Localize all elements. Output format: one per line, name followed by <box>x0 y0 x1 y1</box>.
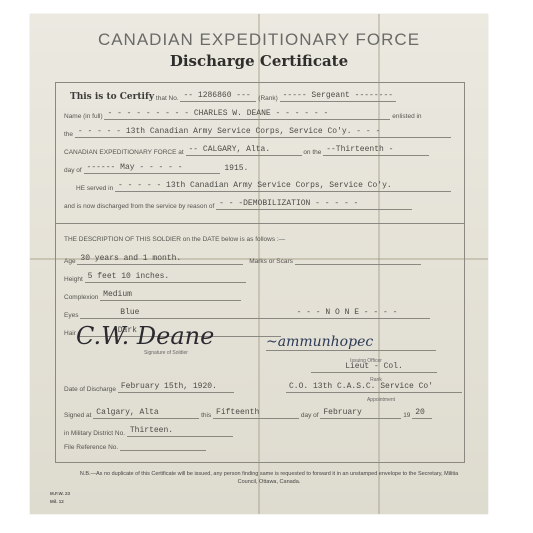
marks-label: Marks or Scars <box>249 258 293 265</box>
description-heading: THE DESCRIPTION OF THIS SOLDIER on the D… <box>64 236 464 250</box>
name-line: Name (in full) - - - - - - - - - CHARLES… <box>64 109 464 123</box>
complexion-value: Medium <box>100 290 241 301</box>
officer-signature: ~ammunhopec <box>266 334 436 351</box>
marks-none-line: - - - N O N E - - - - <box>264 308 464 322</box>
complexion-line: Complexion Medium <box>64 290 464 304</box>
signed-day: Fifteenth <box>213 408 299 419</box>
number-label: that No. <box>156 95 179 102</box>
on-the-label: on the <box>303 149 321 156</box>
served-label: HE served in <box>76 185 113 192</box>
discharge-date: February 15th, 1920. <box>118 382 234 393</box>
enlisted-in-label: enlisted in <box>392 113 421 120</box>
served-line: HE served in - - - - - 13th Canadian Arm… <box>76 181 464 195</box>
unit-line: the - - - - - 13th Canadian Army Service… <box>64 127 464 141</box>
regimental-number: -- 1286860 --- <box>180 91 256 102</box>
marks-value: - - - N O N E - - - - <box>264 308 430 319</box>
organization-title: CANADIAN EXPEDITIONARY FORCE <box>30 30 488 50</box>
appointment-line: C.O. 13th C.A.S.C. Service Co' <box>286 382 464 396</box>
file-reference-value <box>120 450 206 451</box>
complexion-label: Complexion <box>64 294 98 301</box>
cef-at-label: CANADIAN EXPEDITIONARY FORCE at <box>64 149 184 156</box>
eyes-value: Blue <box>80 308 283 319</box>
this-label: this <box>201 412 211 419</box>
enlisted-date-line: day of ------ May - - - - - 1915. <box>64 163 464 177</box>
file-reference-label: File Reference No. <box>64 444 118 451</box>
signed-at-label: Signed at <box>64 412 91 419</box>
age-value: 30 years and 1 month. <box>77 254 243 265</box>
height-line: Height 5 feet 10 inches. <box>64 272 464 286</box>
officer-appointment: C.O. 13th C.A.S.C. Service Co' <box>286 382 462 393</box>
name-label: Name (in full) <box>64 113 103 120</box>
signed-year: 20 <box>412 408 432 419</box>
the-label: the <box>64 131 73 138</box>
rank-label: (Rank) <box>258 95 278 102</box>
age-line: Age 30 years and 1 month. Marks or Scars <box>64 254 464 268</box>
description-section: THE DESCRIPTION OF THIS SOLDIER on the D… <box>55 222 465 463</box>
soldier-signature-caption: Signature of Soldier <box>126 350 206 356</box>
hair-label: Hair <box>64 330 76 337</box>
age-label: Age <box>64 258 76 265</box>
day-of-label: day of <box>64 167 82 174</box>
height-label: Height <box>64 276 83 283</box>
signed-at-place: Calgary, Alta <box>93 408 199 419</box>
soldier-name: - - - - - - - - - CHARLES W. DEANE - - -… <box>104 109 390 120</box>
enlisted-unit: - - - - - 13th Canadian Army Service Cor… <box>75 127 451 138</box>
officer-rank: Lieut - Col. <box>311 362 437 373</box>
enlisted-day: --Thirteenth - <box>323 145 429 156</box>
footer-note: N.B.—As no duplicate of this Certificate… <box>70 470 468 486</box>
discharge-date-label: Date of Discharge <box>64 386 116 393</box>
year-prefix: 19 <box>403 412 410 419</box>
discharge-reason-line: and is now discharged from the service b… <box>64 199 464 213</box>
form-code: M.F.W. 23 <box>50 491 70 496</box>
rank-value: ----- Sergeant -------- <box>280 91 396 102</box>
form-code-secondary: Mil. 12 <box>50 499 64 504</box>
document-title: Discharge Certificate <box>30 52 488 70</box>
discharge-reason: - - -DEMOBILIZATION - - - - - <box>216 199 412 210</box>
soldier-signature: C.W. Deane <box>76 322 214 350</box>
certification-section: This is to Certify that No. -- 1286860 -… <box>55 82 465 224</box>
enlisted-place-line: CANADIAN EXPEDITIONARY FORCE at -- CALGA… <box>64 145 464 159</box>
certify-intro: This is to Certify <box>70 92 154 102</box>
file-reference-line: File Reference No. <box>64 444 464 458</box>
enlisted-year: 1915. <box>221 164 257 174</box>
district-label: in Military District No. <box>64 430 125 437</box>
military-district: Thirteen. <box>127 426 233 437</box>
discharge-certificate: CANADIAN EXPEDITIONARY FORCE Discharge C… <box>30 14 488 514</box>
height-value: 5 feet 10 inches. <box>85 272 246 283</box>
enlisted-month: ------ May - - - - - <box>84 163 220 174</box>
officer-rank-line: Lieut - Col. <box>311 362 464 376</box>
eyes-label: Eyes <box>64 312 78 319</box>
served-unit: - - - - - 13th Canadian Army Service Cor… <box>115 181 451 192</box>
appointment-caption: Appointment <box>356 397 406 403</box>
signed-at-line: Signed at Calgary, Alta this Fifteenth d… <box>64 408 464 422</box>
day-of-label: day of <box>301 412 319 419</box>
signed-month: February <box>320 408 401 419</box>
discharged-label: and is now discharged from the service b… <box>64 203 214 210</box>
enlisted-place: -- CALGARY, Alta. <box>186 145 302 156</box>
marks-line-blank <box>295 264 421 265</box>
certify-line: This is to Certify that No. -- 1286860 -… <box>70 91 464 105</box>
military-district-line: in Military District No. Thirteen. <box>64 426 464 440</box>
